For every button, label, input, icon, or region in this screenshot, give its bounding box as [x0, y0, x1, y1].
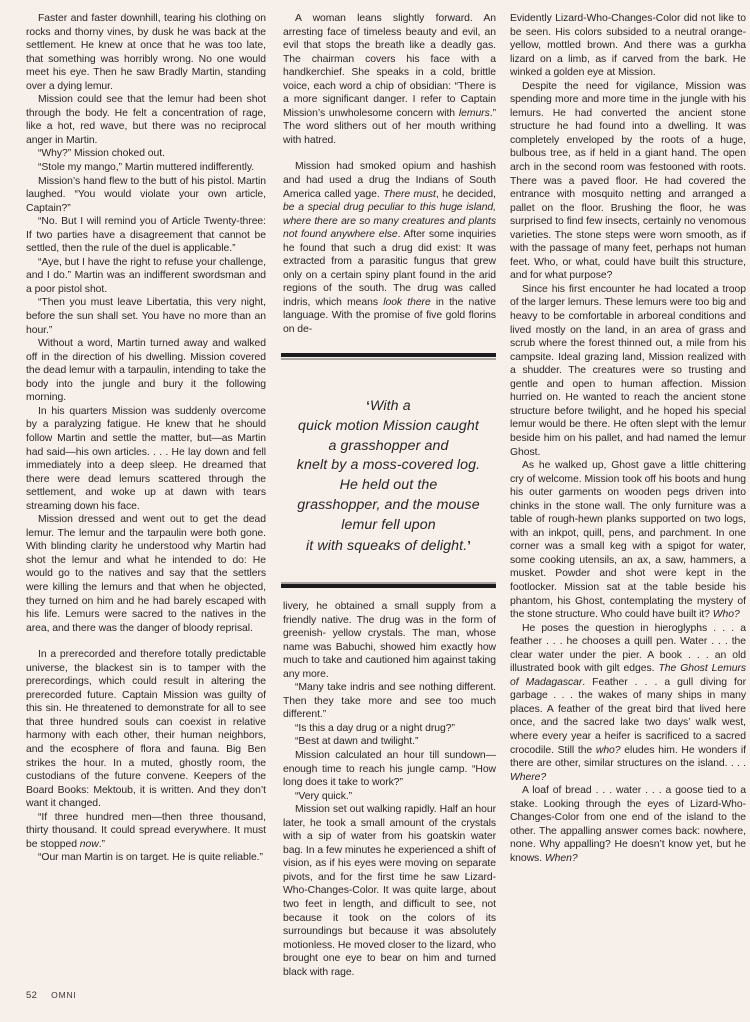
text-run: As he walked up, Ghost gave a little chi…: [510, 460, 746, 620]
paragraph: He poses the question in hieroglyphs . .…: [510, 622, 746, 785]
pull-quote-line: quick motion Mission caught: [281, 417, 496, 437]
paragraph: “Very quick.”: [283, 790, 496, 804]
paragraph: In a prerecorded and therefore totally p…: [26, 648, 266, 811]
pull-quote-text: it with squeaks of delight.: [306, 538, 467, 554]
page-folio: 52OMNI: [26, 990, 77, 1001]
text-column-middle-upper: A woman leans slightly forward. An arres…: [283, 12, 496, 337]
paragraph: Mission dressed and went out to get the …: [26, 513, 266, 635]
paragraph: Mission calculated an hour till sundown—…: [283, 749, 496, 790]
paragraph: “Many take indris and see nothing differ…: [283, 681, 496, 722]
emphasis: There must: [383, 189, 436, 200]
text-column-left: Faster and faster downhill, tearing his …: [26, 12, 266, 865]
pull-quote-line: grasshopper, and the mouse: [281, 496, 496, 516]
paragraph: “If three hundred men—then three thousan…: [26, 811, 266, 852]
pull-quote-line: lemur fell upon: [281, 516, 496, 536]
pull-quote-bottom-rule: [281, 584, 496, 588]
paragraph: In his quarters Mission was suddenly ove…: [26, 405, 266, 513]
paragraph: Mission set out walking rapidly. Half an…: [283, 803, 496, 979]
paragraph: Despite the need for vigilance, Mission …: [510, 80, 746, 283]
paragraph: “Is this a day drug or a night drug?”: [283, 722, 496, 736]
emphasis: look there: [383, 297, 431, 308]
paragraph: Without a word, Martin turned away and w…: [26, 337, 266, 405]
paragraph: “Why?” Mission choked out.: [26, 147, 266, 161]
paragraph: “Stole my mango,” Martin muttered indiff…: [26, 161, 266, 175]
paragraph: Mission had smoked opium and hashish and…: [283, 160, 496, 336]
pull-quote-top-rule: [281, 353, 496, 358]
paragraph: Mission could see that the lemur had bee…: [26, 93, 266, 147]
paragraph: livery, he obtained a small supply from …: [283, 600, 496, 681]
text-run: .”: [99, 839, 105, 850]
magazine-page: Faster and faster downhill, tearing his …: [0, 0, 750, 1022]
pull-quote-line: ‘With a: [281, 396, 496, 417]
emphasis: now: [80, 839, 99, 850]
paragraph: “Best at dawn and twilight.”: [283, 735, 496, 749]
paragraph: A woman leans slightly forward. An arres…: [283, 12, 496, 147]
emphasis: Where?: [510, 772, 546, 783]
paragraph: “Aye, but I have the right to refuse you…: [26, 256, 266, 297]
paragraph: A loaf of bread . . . water . . . a goos…: [510, 784, 746, 865]
paragraph: “No. But I will remind you of Article Tw…: [26, 215, 266, 256]
emphasis: When?: [545, 853, 578, 864]
paragraph: Mission’s hand flew to the butt of his p…: [26, 175, 266, 216]
paragraph: Since his first encounter he had located…: [510, 283, 746, 459]
magazine-name: OMNI: [51, 990, 76, 1000]
emphasis: who?: [596, 745, 621, 756]
emphasis: lemurs: [459, 108, 490, 119]
text-column-right: Evidently Lizard-Who-Changes-Color did n…: [510, 12, 746, 865]
text-column-middle-lower: livery, he obtained a small supply from …: [283, 600, 496, 979]
text-run: “If three hundred men—then three thousan…: [26, 812, 266, 850]
emphasis: Who?: [713, 609, 740, 620]
paragraph: “Then you must leave Libertatia, this ve…: [26, 296, 266, 337]
pull-quote: ‘With a quick motion Mission caught a gr…: [281, 396, 496, 556]
text-run: A woman leans slightly forward. An arres…: [283, 13, 496, 119]
pull-quote-line: a grasshopper and: [281, 437, 496, 457]
paragraph: Faster and faster downhill, tearing his …: [26, 12, 266, 93]
pull-quote-line: He held out the: [281, 476, 496, 496]
pull-quote-text: With a: [370, 398, 411, 414]
pull-quote-line: knelt by a moss-covered log.: [281, 456, 496, 476]
paragraph: “Our man Martin is on target. He is quit…: [26, 851, 266, 865]
pull-quote-line: it with squeaks of delight.’: [281, 536, 496, 557]
paragraph: As he walked up, Ghost gave a little chi…: [510, 459, 746, 622]
page-number: 52: [26, 990, 37, 1001]
paragraph: Evidently Lizard-Who-Changes-Color did n…: [510, 12, 746, 80]
text-run: , he decided,: [436, 189, 496, 200]
close-quote-mark-icon: ’: [467, 538, 471, 553]
